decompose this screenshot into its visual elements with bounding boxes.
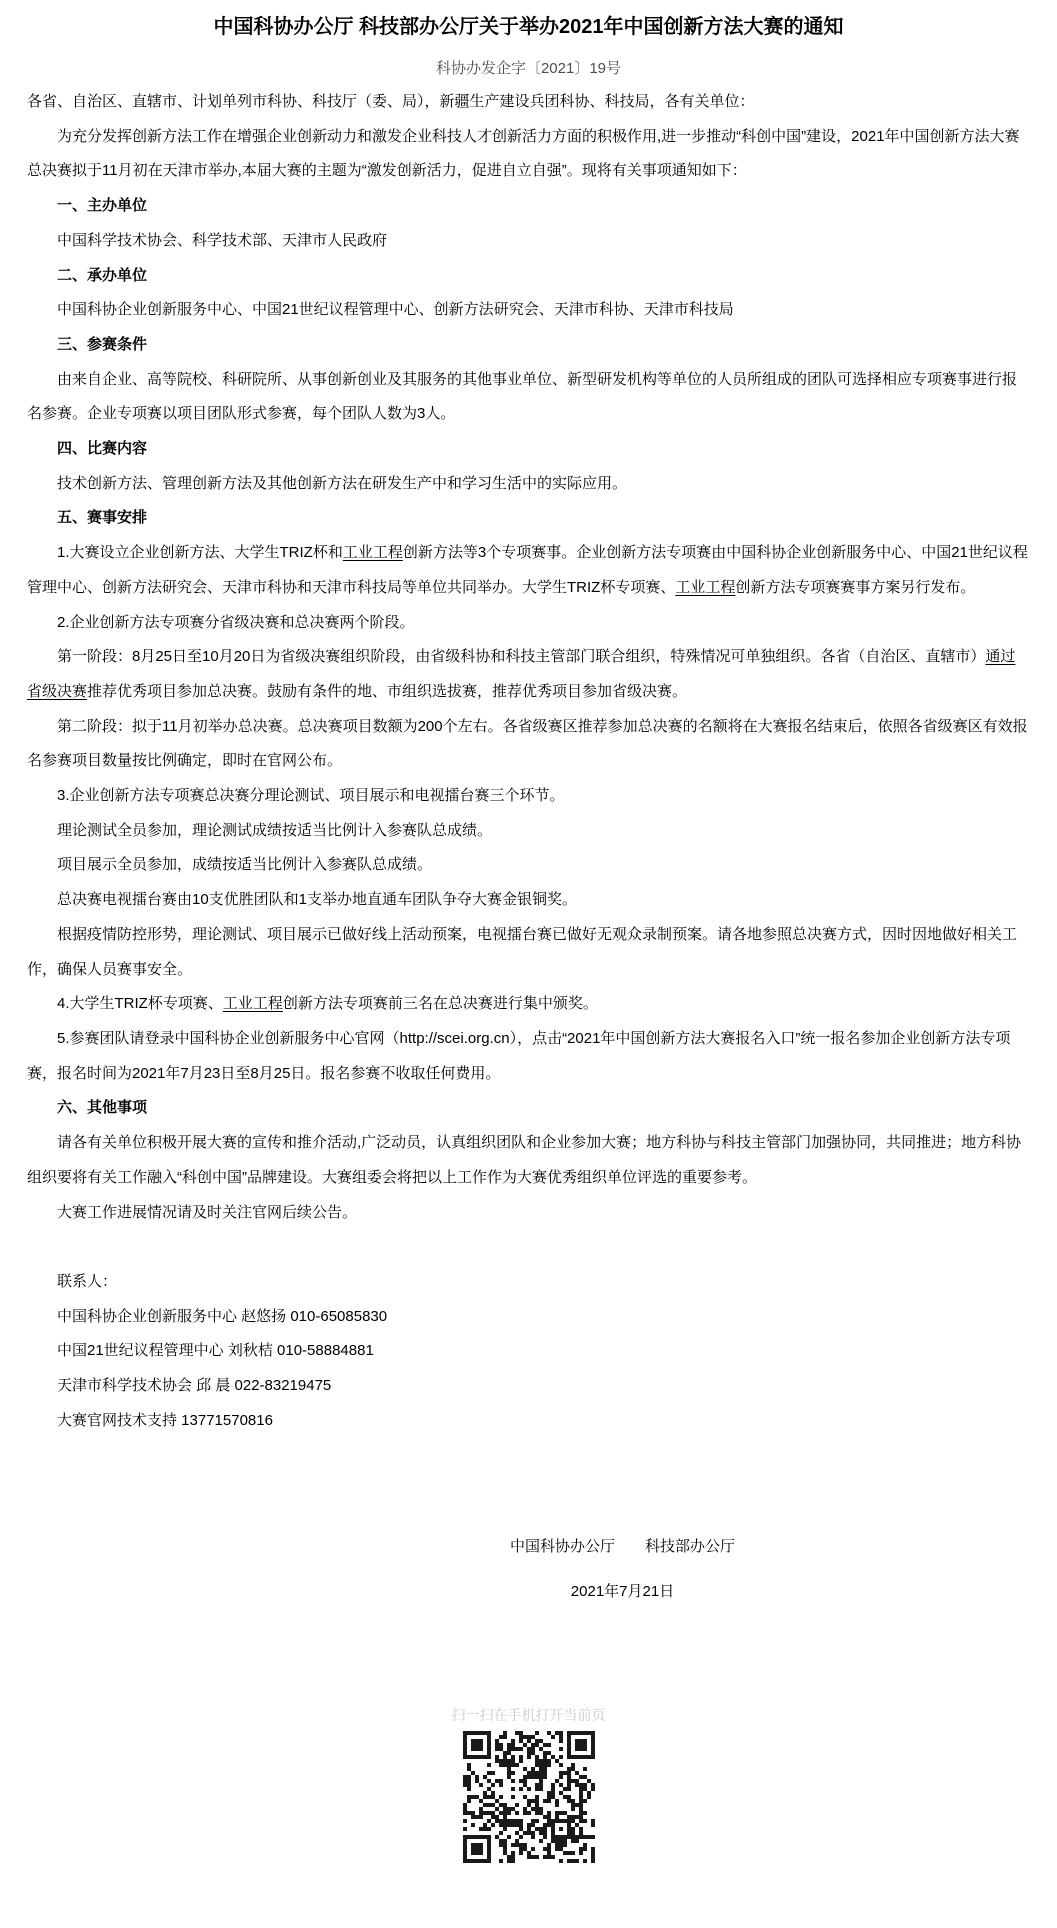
paragraph: 中国科协企业创新服务中心 赵悠扬 010-65085830 <box>27 1300 1030 1335</box>
paragraph: 理论测试全员参加，理论测试成绩按适当比例计入参赛队总成绩。 <box>27 814 1030 849</box>
section-heading: 三、参赛条件 <box>27 328 1030 363</box>
paragraph: 1.大赛设立企业创新方法、大学生TRIZ杯和工业工程创新方法等3个专项赛事。企业… <box>27 536 1030 605</box>
section-heading: 四、比赛内容 <box>27 432 1030 467</box>
paragraph: 由来自企业、高等院校、科研院所、从事创新创业及其服务的其他事业单位、新型研发机构… <box>27 363 1030 432</box>
section-heading: 五、赛事安排 <box>27 501 1030 536</box>
paragraph: 大赛官网技术支持 13771570816 <box>27 1404 1030 1439</box>
paragraph: 大赛工作进展情况请及时关注官网后续公告。 <box>27 1196 1030 1231</box>
paragraph: 为充分发挥创新方法工作在增强企业创新动力和激发企业科技人才创新活力方面的积极作用… <box>27 120 1030 189</box>
paragraph: 中国21世纪议程管理中心 刘秋桔 010-58884881 <box>27 1334 1030 1369</box>
paragraph: 4.大学生TRIZ杯专项赛、工业工程创新方法专项赛前三名在总决赛进行集中颁奖。 <box>27 987 1030 1022</box>
paragraph: 天津市科学技术协会 邱 晨 022-83219475 <box>27 1369 1030 1404</box>
section-heading: 一、主办单位 <box>27 189 1030 224</box>
qr-code-image <box>27 1731 1030 1863</box>
signature-right: 科技部办公厅 <box>645 1538 735 1555</box>
qr-caption: 扫一扫在手机打开当前页 <box>27 1705 1030 1725</box>
paragraph: 项目展示全员参加，成绩按适当比例计入参赛队总成绩。 <box>27 848 1030 883</box>
paragraph: 第二阶段：拟于11月初举办总决赛。总决赛项目数额为200个左右。各省级赛区推荐参… <box>27 710 1030 779</box>
signature-block: 中国科协办公厅科技部办公厅 2021年7月21日 <box>121 1530 1057 1609</box>
signature-left: 中国科协办公厅 <box>510 1538 615 1555</box>
qr-section: 扫一扫在手机打开当前页 <box>27 1705 1030 1863</box>
signature-date: 2021年7月21日 <box>121 1575 1057 1610</box>
doc-number: 科协办发企字〔2021〕19号 <box>27 59 1030 79</box>
paragraph: 各省、自治区、直辖市、计划单列市科协、科技厅（委、局），新疆生产建设兵团科协、科… <box>27 85 1030 120</box>
paragraph: 中国科学技术协会、科学技术部、天津市人民政府 <box>27 224 1030 259</box>
section-heading: 二、承办单位 <box>27 259 1030 294</box>
blank-line <box>27 1230 1030 1265</box>
signature: 中国科协办公厅科技部办公厅 <box>121 1530 1057 1565</box>
doc-title: 中国科协办公厅 科技部办公厅关于举办2021年中国创新方法大赛的通知 <box>27 12 1030 42</box>
paragraph: 联系人： <box>27 1265 1030 1300</box>
paragraph: 3.企业创新方法专项赛总决赛分理论测试、项目展示和电视擂台赛三个环节。 <box>27 779 1030 814</box>
paragraph: 根据疫情防控形势，理论测试、项目展示已做好线上活动预案，电视擂台赛已做好无观众录… <box>27 918 1030 987</box>
document-body: 各省、自治区、直辖市、计划单列市科协、科技厅（委、局），新疆生产建设兵团科协、科… <box>27 85 1030 1438</box>
document-page: 中国科协办公厅 科技部办公厅关于举办2021年中国创新方法大赛的通知 科协办发企… <box>0 0 1057 1928</box>
paragraph: 总决赛电视擂台赛由10支优胜团队和1支举办地直通车团队争夺大赛金银铜奖。 <box>27 883 1030 918</box>
paragraph: 请各有关单位积极开展大赛的宣传和推介活动,广泛动员，认真组织团队和企业参加大赛；… <box>27 1126 1030 1195</box>
paragraph: 技术创新方法、管理创新方法及其他创新方法在研发生产中和学习生活中的实际应用。 <box>27 467 1030 502</box>
paragraph: 5.参赛团队请登录中国科协企业创新服务中心官网（http://scei.org.… <box>27 1022 1030 1091</box>
paragraph: 第一阶段：8月25日至10月20日为省级决赛组织阶段，由省级科协和科技主管部门联… <box>27 640 1030 709</box>
paragraph: 中国科协企业创新服务中心、中国21世纪议程管理中心、创新方法研究会、天津市科协、… <box>27 293 1030 328</box>
paragraph: 2.企业创新方法专项赛分省级决赛和总决赛两个阶段。 <box>27 606 1030 641</box>
section-heading: 六、其他事项 <box>27 1091 1030 1126</box>
